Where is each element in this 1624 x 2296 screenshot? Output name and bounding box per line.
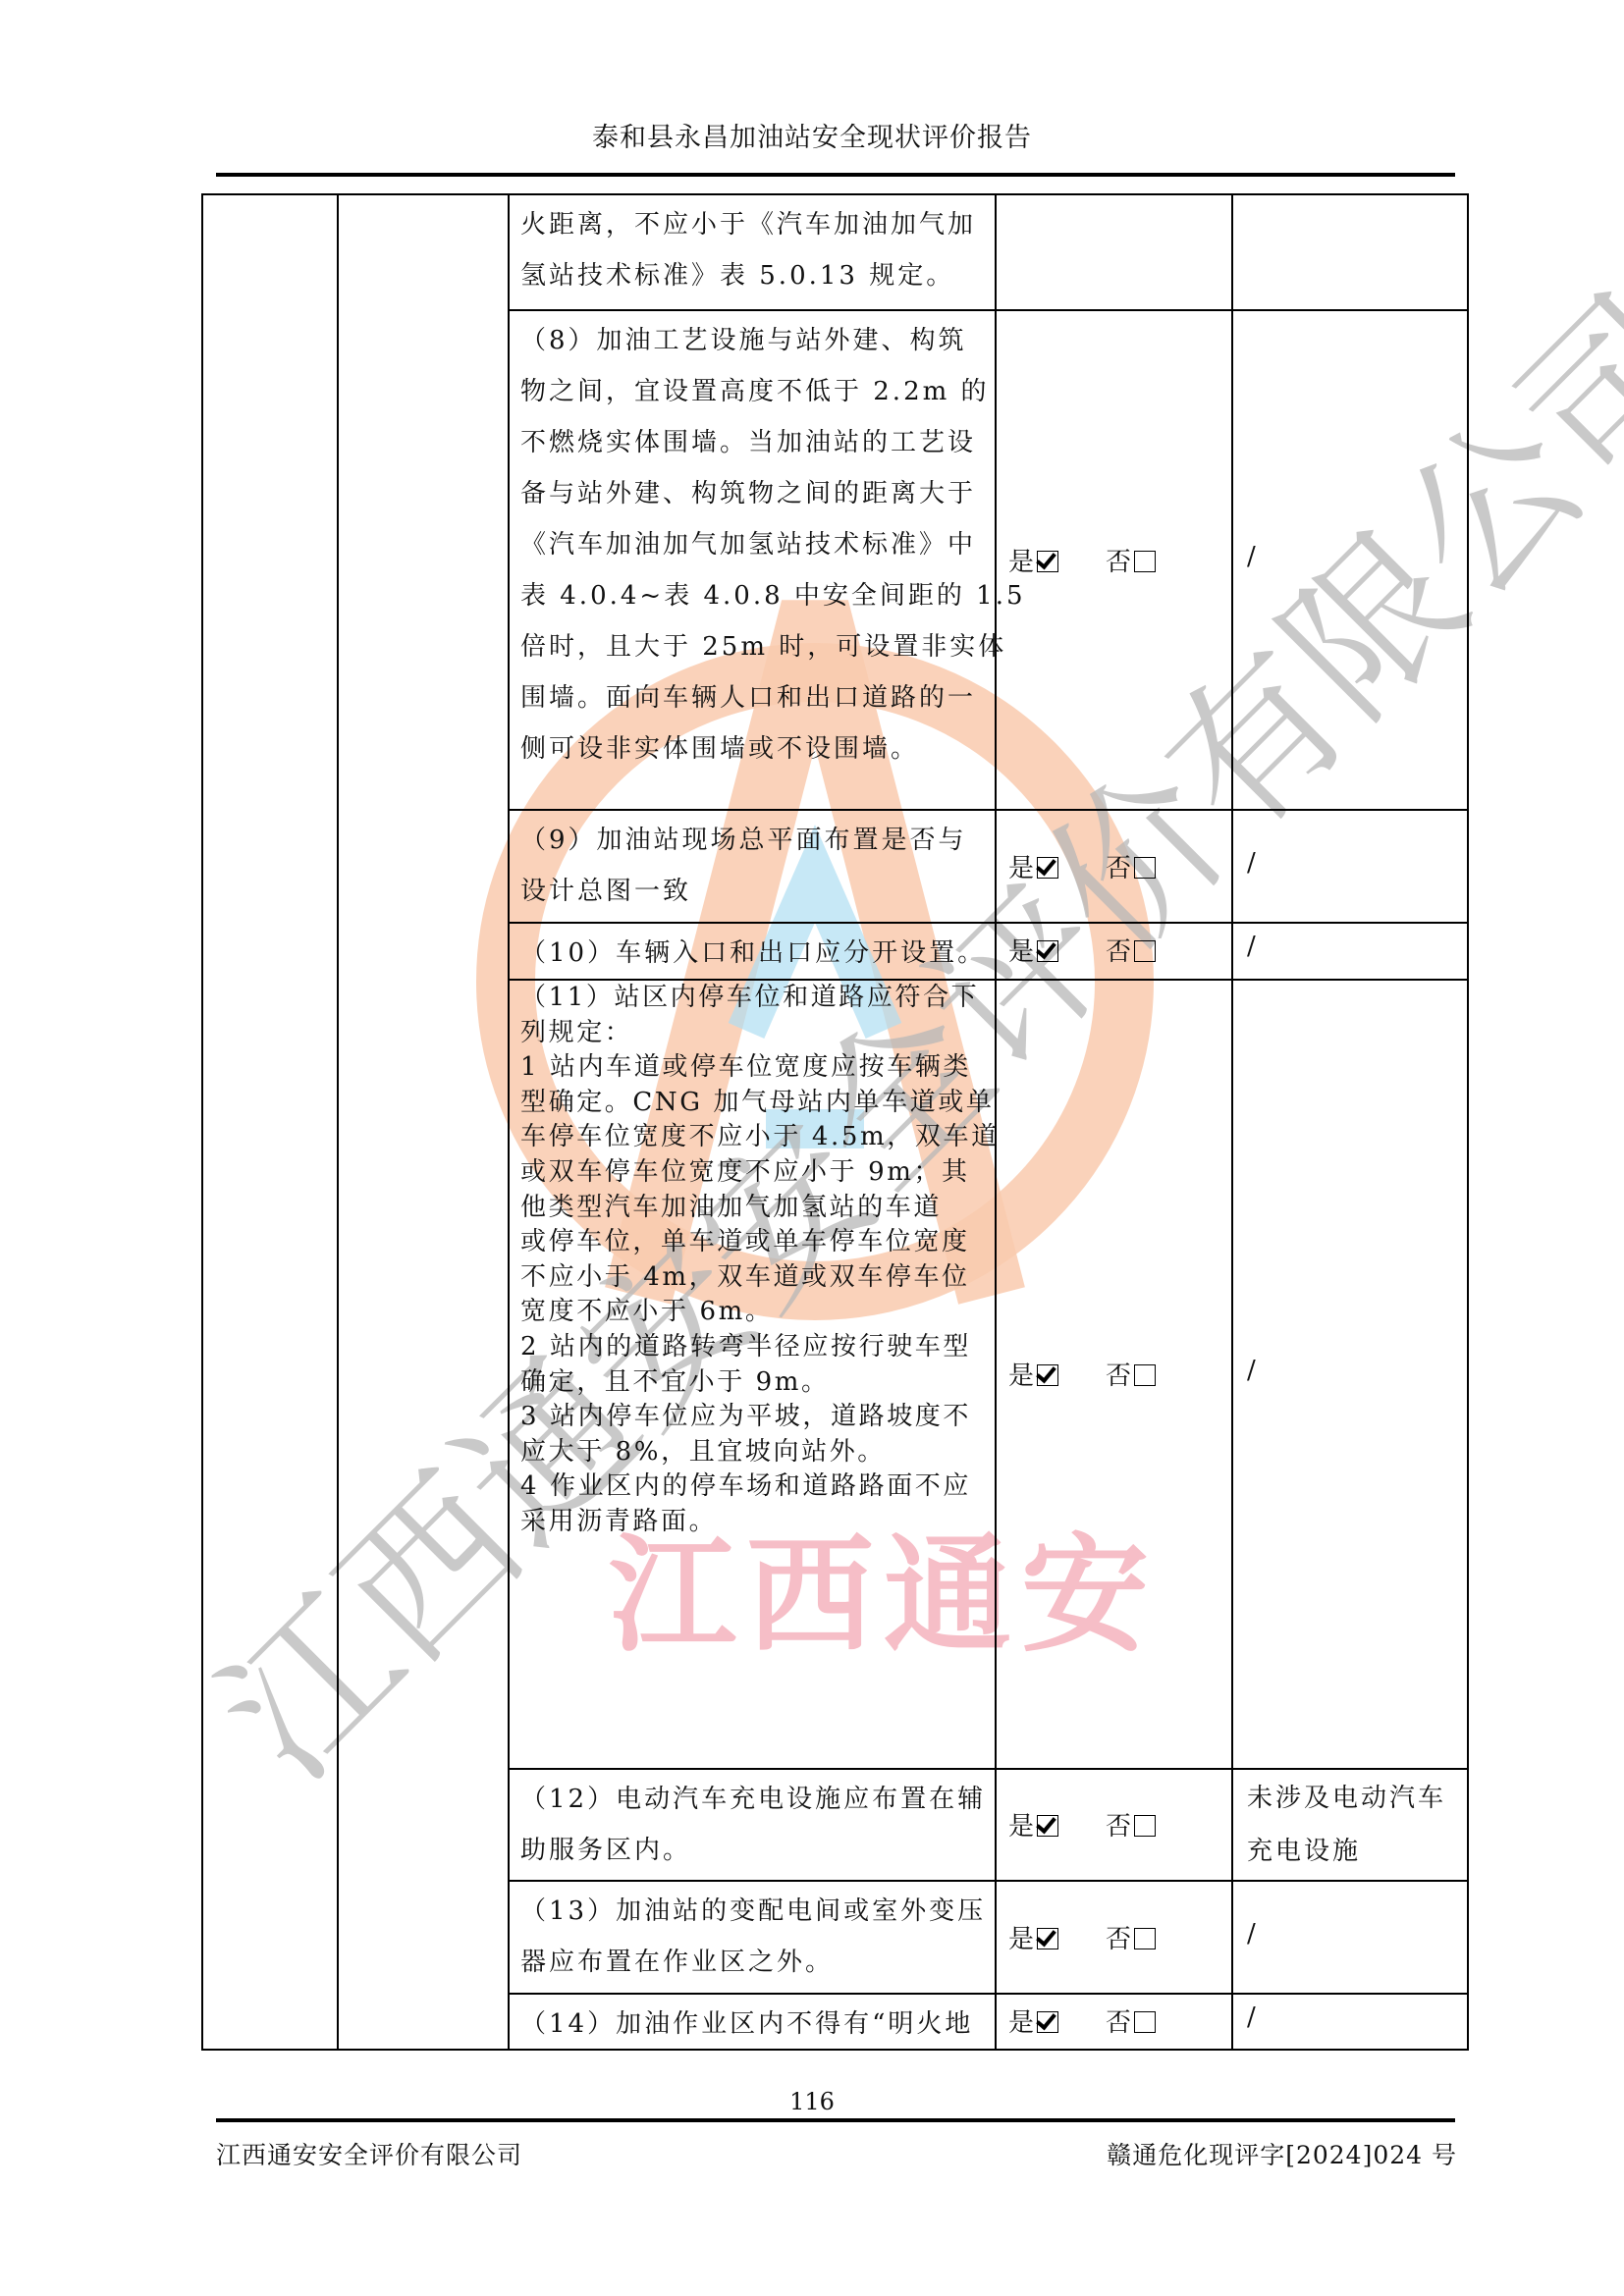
requirement-line: 围墙。面向车辆人口和出口道路的一 (520, 672, 1026, 723)
requirement-line: 3 站内停车位应为平坡，道路坡度不 (520, 1400, 1000, 1435)
requirement-line: （14）加油作业区内不得有“明火地 (520, 1999, 973, 2050)
requirement-text: （13）加油站的变配电间或室外变压器应布置在作业区之外。 (520, 1886, 986, 1988)
no-label: 否 (1106, 937, 1132, 967)
row-divider (508, 1880, 1469, 1882)
no-checkbox[interactable] (1134, 1815, 1156, 1837)
requirement-line: 备与站外建、构筑物之间的距离大于 (520, 468, 1026, 519)
requirement-line: 《汽车加油加气加氢站技术标准》中 (520, 519, 1026, 570)
compliance-check: 是否 (1008, 848, 1156, 884)
footer-doc-number: 赣通危化现评字[2024]024 号 (1107, 2136, 1457, 2171)
compliance-check: 是否 (1008, 1919, 1156, 1955)
requirement-line: （8）加油工艺设施与站外建、构筑 (520, 315, 1026, 366)
no-checkbox[interactable] (1134, 1364, 1156, 1386)
remark-text: / (1247, 920, 1259, 973)
requirement-text: （11）站区内停车位和道路应符合下列规定：1 站内车道或停车位宽度应按车辆类型确… (520, 981, 1000, 1540)
remark-line: / (1247, 530, 1259, 583)
no-label: 否 (1106, 548, 1132, 577)
table-border-left (201, 193, 203, 2051)
requirement-line: 助服务区内。 (520, 1825, 986, 1876)
requirement-line: 宽度不应小于 6m。 (520, 1295, 1000, 1330)
yes-checkbox[interactable] (1037, 1815, 1058, 1837)
yes-checkbox[interactable] (1037, 2011, 1058, 2033)
requirement-line: （10）车辆入口和出口应分开设置。 (520, 928, 986, 979)
yes-label: 是 (1008, 1925, 1035, 1954)
no-checkbox[interactable] (1134, 551, 1156, 572)
requirement-line: （13）加油站的变配电间或室外变压 (520, 1886, 986, 1937)
footer-rule (216, 2118, 1455, 2122)
remark-text: / (1247, 1344, 1259, 1397)
remark-text: / (1247, 1991, 1259, 2044)
table-border-top (201, 193, 1469, 195)
remark-line: / (1247, 920, 1259, 973)
table-border-right (1467, 193, 1469, 2051)
remark-line: / (1247, 1344, 1259, 1397)
requirement-text: （8）加油工艺设施与站外建、构筑物之间，宜设置高度不低于 2.2m 的不燃烧实体… (520, 315, 1026, 774)
requirement-line: 不燃烧实体围墙。当加油站的工艺设 (520, 417, 1026, 468)
remark-text: / (1247, 530, 1259, 583)
yes-label: 是 (1008, 854, 1035, 883)
compliance-check: 是否 (1008, 1806, 1156, 1842)
requirement-line: 氢站技术标准》表 5.0.13 规定。 (520, 250, 976, 301)
requirement-text: （10）车辆入口和出口应分开设置。 (520, 928, 986, 979)
requirement-line: 1 站内车道或停车位宽度应按车辆类 (520, 1050, 1000, 1086)
compliance-check: 是否 (1008, 932, 1156, 968)
requirement-line: 2 站内的道路转弯半径应按行驶车型 (520, 1330, 1000, 1365)
requirement-text: （12）电动汽车充电设施应布置在辅助服务区内。 (520, 1774, 986, 1876)
requirement-line: 应大于 8%，且宜坡向站外。 (520, 1435, 1000, 1470)
requirement-line: 表 4.0.4~表 4.0.8 中安全间距的 1.5 (520, 570, 1026, 621)
requirement-line: 火距离，不应小于《汽车加油加气加 (520, 199, 976, 250)
requirement-line: 4 作业区内的停车场和道路路面不应 (520, 1469, 1000, 1505)
page-number: 116 (0, 2088, 1624, 2115)
remark-line: 未涉及电动汽车 (1247, 1772, 1446, 1825)
column-divider (337, 193, 339, 2051)
compliance-check: 是否 (1008, 1356, 1156, 1392)
requirement-line: 器应布置在作业区之外。 (520, 1937, 986, 1988)
report-title: 泰和县永昌加油站安全现状评价报告 (0, 116, 1624, 154)
row-divider (508, 922, 1469, 924)
yes-label: 是 (1008, 1812, 1035, 1842)
requirement-line: 设计总图一致 (520, 866, 967, 917)
document-page: 江西通安 江西通安安全评价有限公司 泰和县永昌加油站安全现状评价报告 火距离，不… (0, 0, 1624, 2296)
no-label: 否 (1106, 1925, 1132, 1954)
footer-company: 江西通安安全评价有限公司 (216, 2136, 522, 2171)
requirement-line: 不应小于 4m，双车道或双车停车位 (520, 1260, 1000, 1296)
requirement-line: 车停车位宽度不应小于 4.5m，双车道 (520, 1120, 1000, 1155)
yes-checkbox[interactable] (1037, 1928, 1058, 1949)
requirement-line: 侧可设非实体围墙或不设围墙。 (520, 723, 1026, 774)
no-checkbox[interactable] (1134, 1928, 1156, 1949)
requirement-line: 型确定。CNG 加气母站内单车道或单 (520, 1086, 1000, 1121)
requirement-line: 物之间，宜设置高度不低于 2.2m 的 (520, 366, 1026, 417)
requirement-line: 倍时，且大于 25m 时，可设置非实体 (520, 621, 1026, 672)
requirement-line: 确定，且不宜小于 9m。 (520, 1365, 1000, 1401)
remark-text: / (1247, 836, 1259, 889)
yes-label: 是 (1008, 548, 1035, 577)
header-rule (216, 173, 1455, 177)
remark-line: / (1247, 1991, 1259, 2044)
yes-checkbox[interactable] (1037, 940, 1058, 962)
requirement-line: （11）站区内停车位和道路应符合下 (520, 981, 1000, 1016)
no-label: 否 (1106, 1812, 1132, 1842)
requirement-line: 或停车位，单车道或单车停车位宽度 (520, 1225, 1000, 1260)
no-label: 否 (1106, 854, 1132, 883)
yes-label: 是 (1008, 2008, 1035, 2038)
requirement-line: 或双车停车位宽度不应小于 9m；其 (520, 1155, 1000, 1191)
row-divider (508, 1993, 1469, 1995)
requirement-line: 采用沥青路面。 (520, 1505, 1000, 1540)
column-divider (1231, 193, 1233, 2051)
remark-line: / (1247, 1907, 1259, 1960)
no-checkbox[interactable] (1134, 857, 1156, 879)
compliance-check: 是否 (1008, 2002, 1156, 2039)
checklist-table: 火距离，不应小于《汽车加油加气加氢站技术标准》表 5.0.13 规定。（8）加油… (201, 193, 1469, 2051)
row-divider (508, 809, 1469, 811)
requirement-text: （14）加油作业区内不得有“明火地 (520, 1999, 973, 2050)
requirement-line: 列规定： (520, 1016, 1000, 1051)
requirement-text: （9）加油站现场总平面布置是否与设计总图一致 (520, 815, 967, 917)
no-checkbox[interactable] (1134, 940, 1156, 962)
no-label: 否 (1106, 2008, 1132, 2038)
remark-line: / (1247, 836, 1259, 889)
row-divider (508, 309, 1469, 311)
yes-label: 是 (1008, 1362, 1035, 1391)
yes-checkbox[interactable] (1037, 1364, 1058, 1386)
remark-text: 未涉及电动汽车充电设施 (1247, 1772, 1446, 1878)
yes-label: 是 (1008, 937, 1035, 967)
remark-text: / (1247, 1907, 1259, 1960)
requirement-line: （9）加油站现场总平面布置是否与 (520, 815, 967, 866)
yes-checkbox[interactable] (1037, 551, 1058, 572)
no-checkbox[interactable] (1134, 2011, 1156, 2033)
requirement-line: 他类型汽车加油加气加氢站的车道 (520, 1191, 1000, 1226)
requirement-line: （12）电动汽车充电设施应布置在辅 (520, 1774, 986, 1825)
row-divider (508, 1768, 1469, 1770)
requirement-text: 火距离，不应小于《汽车加油加气加氢站技术标准》表 5.0.13 规定。 (520, 199, 976, 301)
column-divider (508, 193, 510, 2051)
remark-line: 充电设施 (1247, 1825, 1446, 1878)
compliance-check: 是否 (1008, 542, 1156, 578)
yes-checkbox[interactable] (1037, 857, 1058, 879)
no-label: 否 (1106, 1362, 1132, 1391)
